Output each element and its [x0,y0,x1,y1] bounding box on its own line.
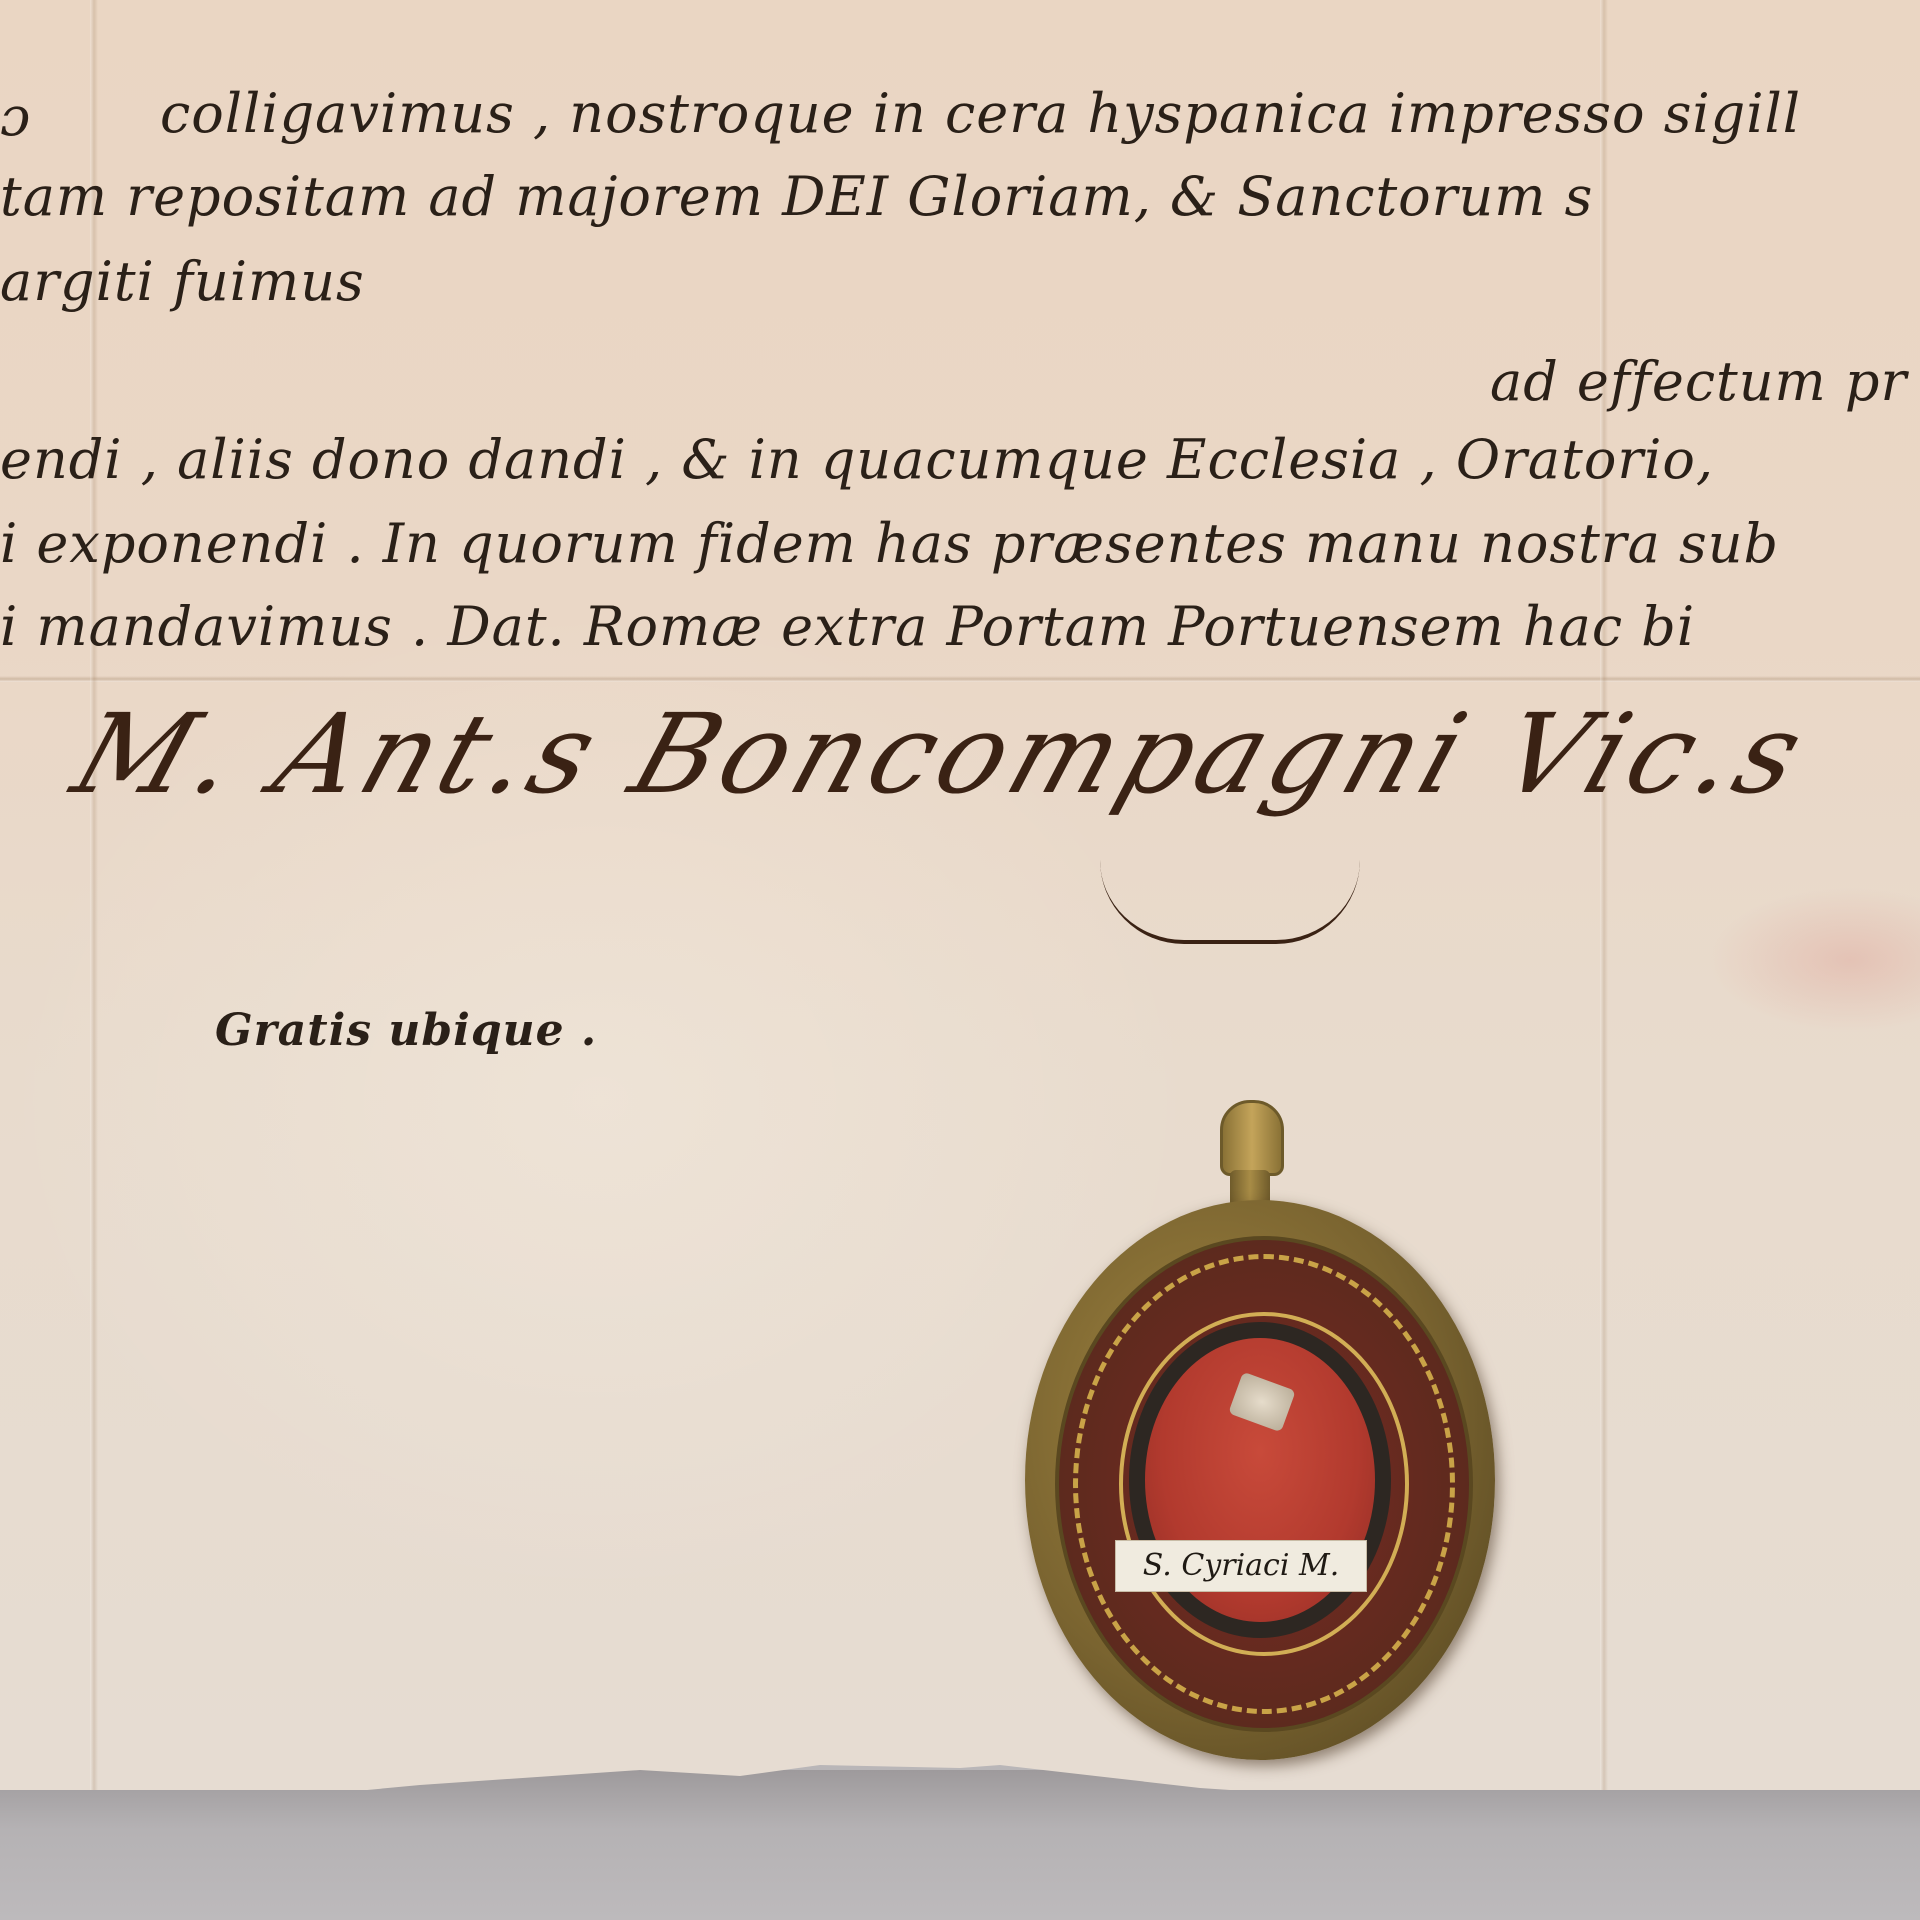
printed-line-2: tam repositam ad majorem DEI Gloriam, & … [0,165,1593,228]
printed-line-7: i mandavimus . Dat. Romæ extra Portam Po… [0,595,1695,658]
reliquary-pendant: S. Cyriaci M. [1025,1100,1495,1770]
footer-note: Gratis ubique . [215,1005,597,1056]
printed-line-5: endi , aliis dono dandi , & in quacumque… [0,428,1714,491]
handwritten-signature: M. Ant.s Boncompagni Vic.s [59,690,1823,818]
printed-line-1: colligavimus , nostroque in cera hyspani… [160,82,1801,145]
vertical-fold [1600,0,1608,1790]
reliquary-label: S. Cyriaci M. [1115,1540,1367,1592]
signature-flourish [1100,860,1360,944]
printed-line-4: ad effectum pr [1490,350,1907,413]
reliquary-case: S. Cyriaci M. [1025,1200,1495,1760]
horizontal-fold [0,676,1920,682]
printed-line-prefix-1: ɔ [0,85,31,148]
reliquary-inner: S. Cyriaci M. [1055,1236,1473,1732]
background-surface [0,1770,1920,1920]
printed-line-3: argiti fuimus [0,250,365,313]
pendant-bail [1220,1100,1284,1176]
document-paper: ɔ colligavimus , nostroque in cera hyspa… [0,0,1920,1790]
printed-line-6: i exponendi . In quorum fidem has præsen… [0,512,1779,575]
